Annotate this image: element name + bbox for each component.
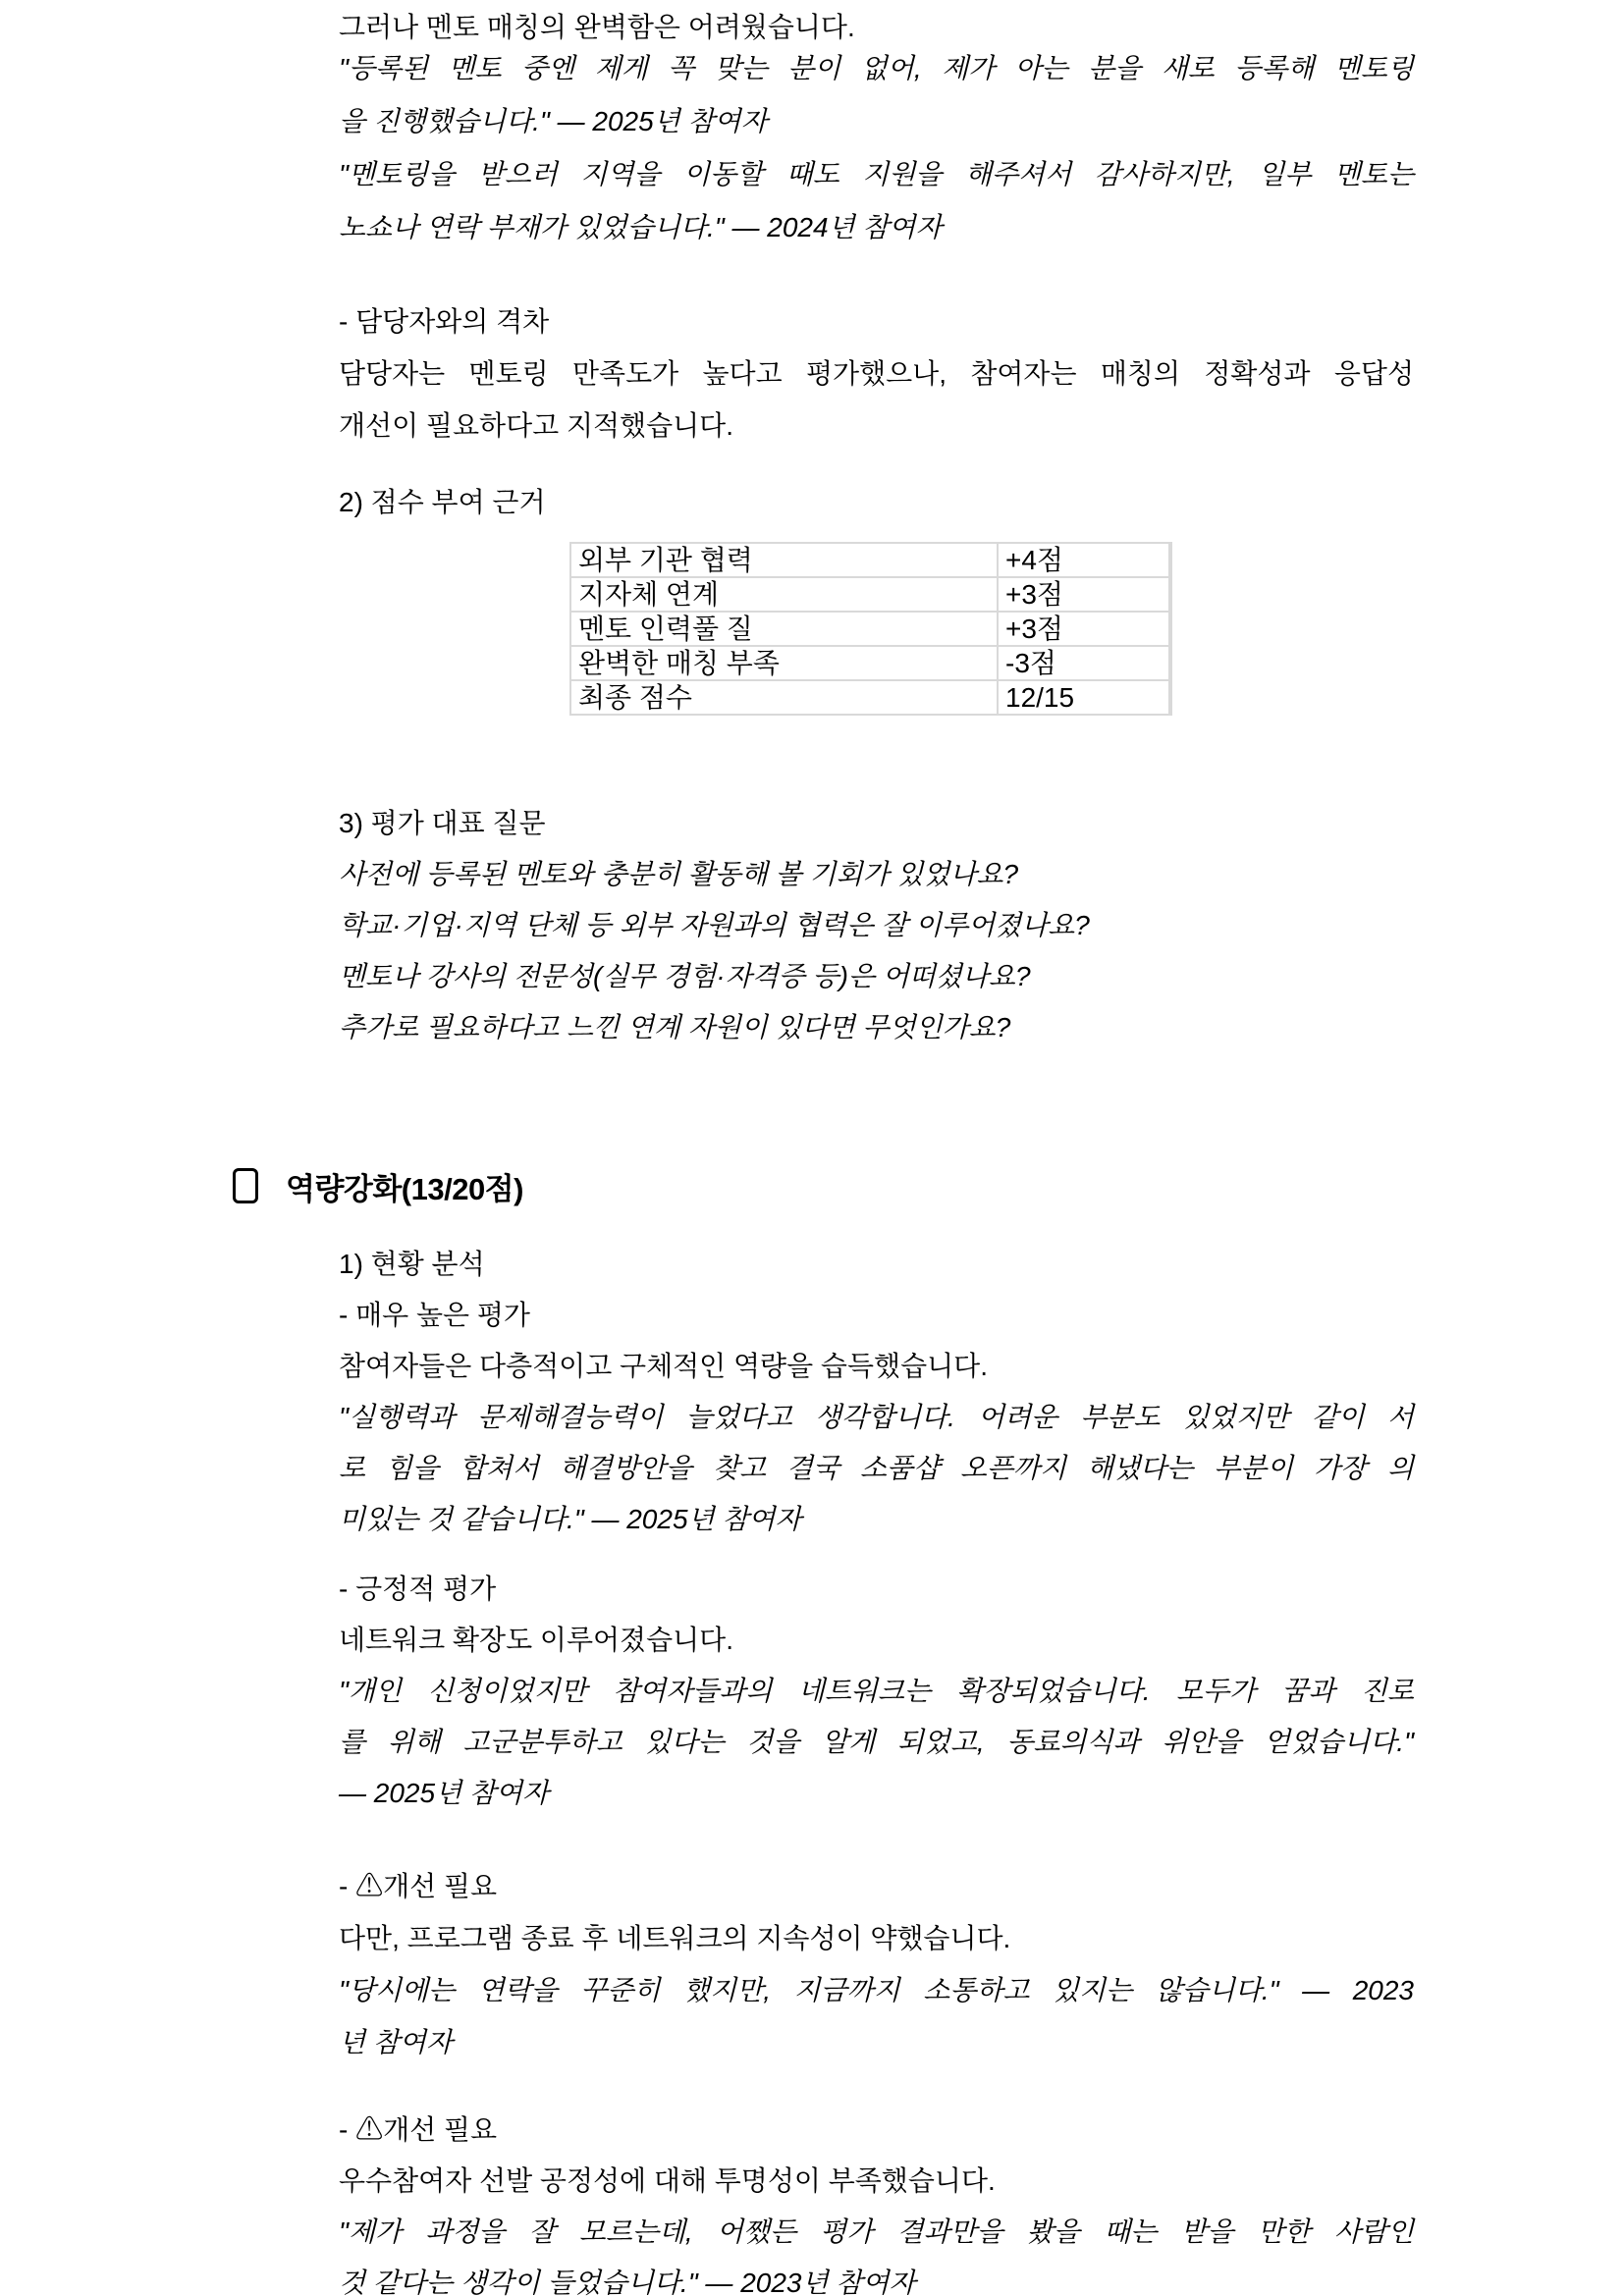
text-line: 1) 현황 분석 bbox=[339, 1245, 1414, 1284]
quote-line: 학교·기업·지역 단체 등 외부 자원과의 협력은 잘 이루어졌나요? bbox=[339, 906, 1414, 945]
quote-line: — 2025년 참여자 bbox=[339, 1774, 1414, 1813]
text-line: 네트워크 확장도 이루어졌습니다. bbox=[339, 1621, 1414, 1660]
table-cell-item: 완벽한 매칭 부족 bbox=[571, 647, 997, 679]
text-line: 3) 평가 대표 질문 bbox=[339, 804, 1414, 843]
quote-line: "실행력과 문제해결능력이 늘었다고 생각합니다. 어려운 부분도 있었지만 같… bbox=[339, 1398, 1414, 1437]
table-cell-item: 외부 기관 협력 bbox=[571, 544, 997, 576]
text-line: 다만, 프로그램 종료 후 네트워크의 지속성이 약했습니다. bbox=[339, 1919, 1414, 1958]
text-line: - 담당자와의 격차 bbox=[339, 302, 1414, 342]
text-line: 담당자는 멘토링 만족도가 높다고 평가했으나, 참여자는 매칭의 정확성과 응… bbox=[339, 354, 1414, 394]
text-line: 그러나 멘토 매칭의 완벽함은 어려웠습니다. bbox=[339, 8, 1414, 47]
quote-line: "개인 신청이었지만 참여자들과의 네트워크는 확장되었습니다. 모두가 꿈과 … bbox=[339, 1672, 1414, 1711]
document-page: 그러나 멘토 매칭의 완벽함은 어려웠습니다."등록된 멘토 중엔 제게 꼭 맞… bbox=[0, 0, 1623, 2296]
quote-line: "멘토링을 받으러 지역을 이동할 때도 지원을 해주셔서 감사하지만, 일부 … bbox=[339, 155, 1414, 194]
quote-line: 년 참여자 bbox=[339, 2023, 1414, 2062]
text-line: - 긍정적 평가 bbox=[339, 1570, 1414, 1609]
table-cell-item: 멘토 인력풀 질 bbox=[571, 613, 997, 645]
quote-line: 사전에 등록된 멘토와 충분히 활동해 볼 기회가 있었나요? bbox=[339, 855, 1414, 894]
text-line: 우수참여자 선발 공정성에 대해 투명성이 부족했습니다. bbox=[339, 2162, 1414, 2201]
text-line: - 매우 높은 평가 bbox=[339, 1296, 1414, 1335]
table-cell-score: +3점 bbox=[999, 578, 1168, 611]
text-line: 참여자들은 다층적이고 구체적인 역량을 습득했습니다. bbox=[339, 1347, 1414, 1386]
quote-line: "등록된 멘토 중엔 제게 꼭 맞는 분이 없어, 제가 아는 분을 새로 등록… bbox=[339, 49, 1414, 88]
text-line: - ⚠개선 필요 bbox=[339, 1867, 1414, 1906]
table-cell-item: 최종 점수 bbox=[571, 681, 997, 714]
quote-line: 추가로 필요하다고 느낀 연계 자원이 있다면 무엇인가요? bbox=[339, 1008, 1414, 1047]
quote-line: "당시에는 연락을 꾸준히 했지만, 지금까지 소통하고 있지는 않습니다." … bbox=[339, 1971, 1414, 2010]
score-basis-table: 외부 기관 협력+4점지자체 연계+3점멘토 인력풀 질+3점완벽한 매칭 부족… bbox=[569, 542, 1172, 716]
text-line: 개선이 필요하다고 지적했습니다. bbox=[339, 406, 1414, 446]
quote-line: "제가 과정을 잘 모르는데, 어쨌든 평가 결과만을 봤을 때는 받을 만한 … bbox=[339, 2213, 1414, 2252]
table-cell-score: +3점 bbox=[999, 613, 1168, 645]
quote-line: 를 위해 고군분투하고 있다는 것을 알게 되었고, 동료의식과 위안을 얻었습… bbox=[339, 1723, 1414, 1762]
quote-line: 노쇼나 연락 부재가 있었습니다." — 2024년 참여자 bbox=[339, 208, 1414, 247]
quote-line: 것 같다는 생각이 들었습니다." — 2023년 참여자 bbox=[339, 2264, 1414, 2296]
section-title: 역량강화(13/20점) bbox=[286, 1164, 523, 1208]
table-cell-score: 12/15 bbox=[999, 681, 1168, 714]
ballot-box-icon bbox=[233, 1168, 258, 1203]
table-cell-score: +4점 bbox=[999, 544, 1168, 576]
quote-line: 로 힘을 합쳐서 해결방안을 찾고 결국 소품샵 오픈까지 해냈다는 부분이 가… bbox=[339, 1449, 1414, 1488]
table-cell-score: -3점 bbox=[999, 647, 1168, 679]
text-line: 2) 점수 부여 근거 bbox=[339, 483, 1414, 522]
text-line: - ⚠개선 필요 bbox=[339, 2110, 1414, 2150]
quote-line: 멘토나 강사의 전문성(실무 경험·자격증 등)은 어떠셨나요? bbox=[339, 957, 1414, 996]
table-cell-item: 지자체 연계 bbox=[571, 578, 997, 611]
quote-line: 미있는 것 같습니다." — 2025년 참여자 bbox=[339, 1500, 1414, 1539]
section-header-capacity-building: 역량강화(13/20점) bbox=[233, 1164, 523, 1207]
quote-line: 을 진행했습니다." — 2025년 참여자 bbox=[339, 102, 1414, 141]
